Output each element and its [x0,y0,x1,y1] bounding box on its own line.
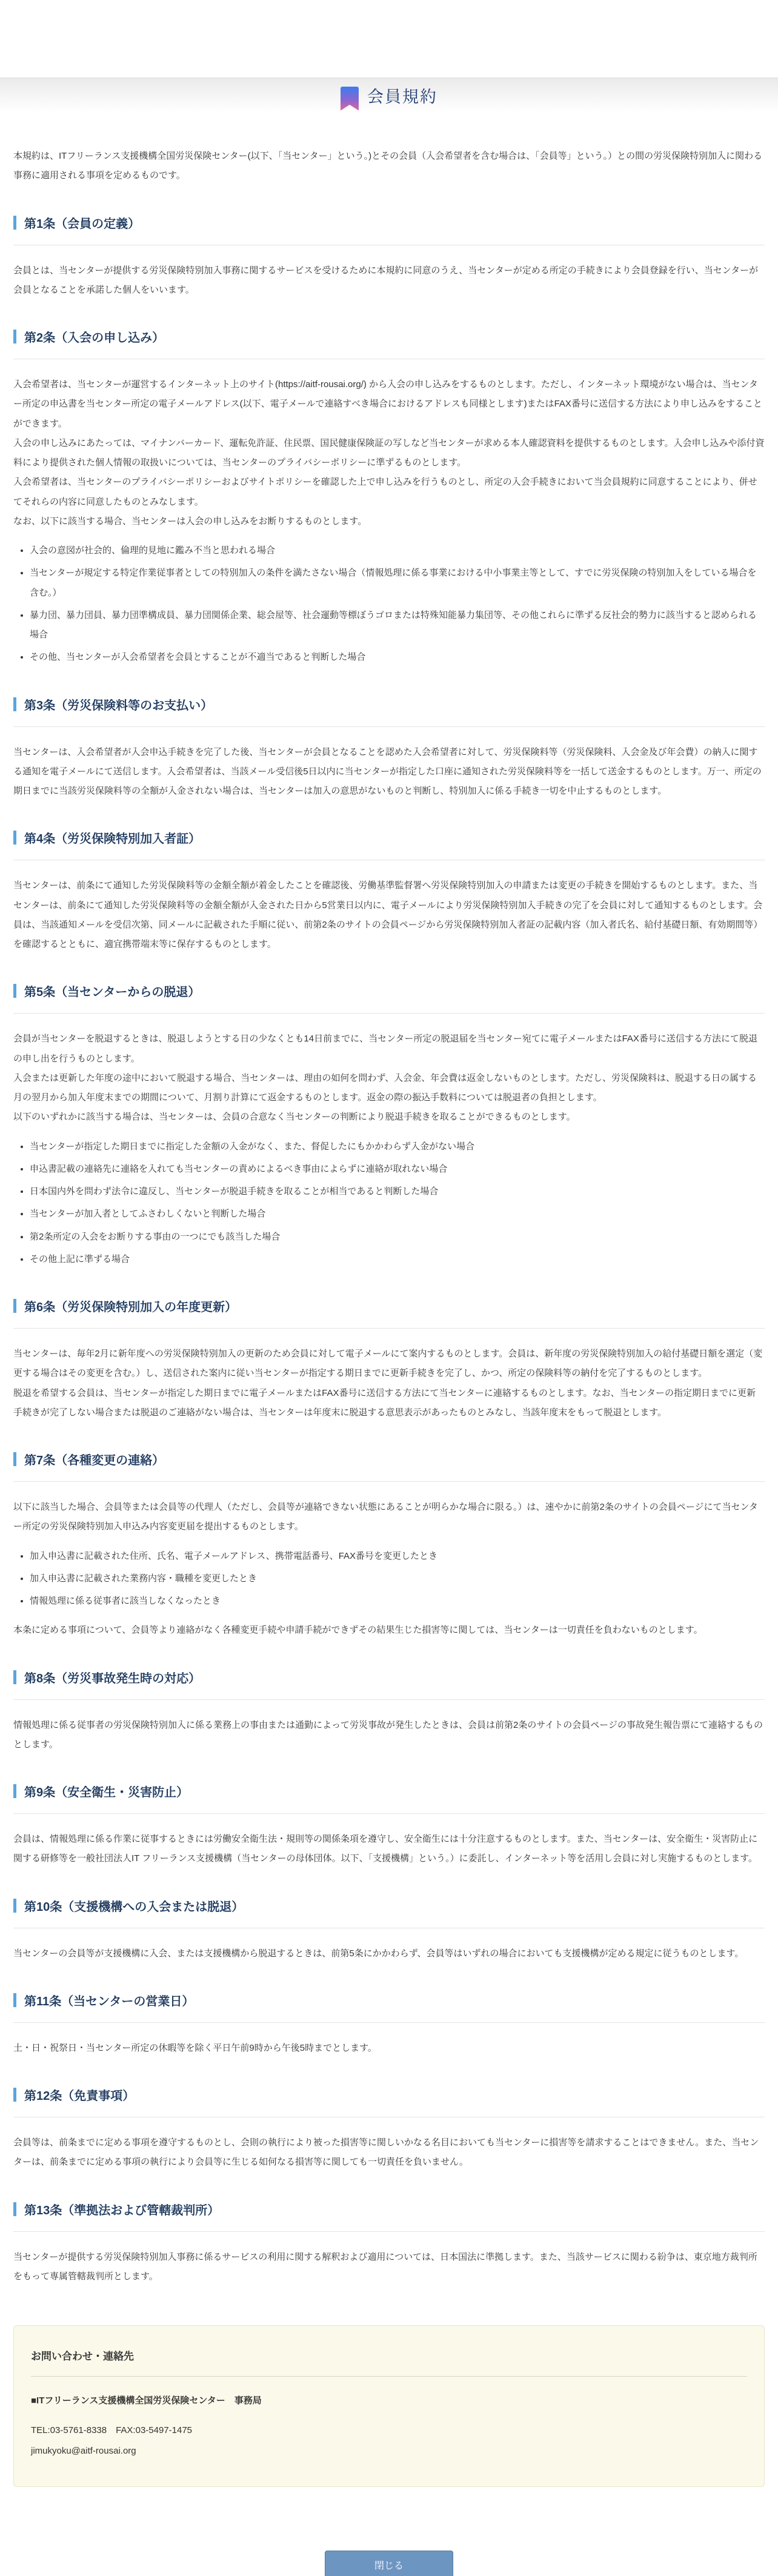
article-section: 第5条（当センターからの脱退）会員が当センターを脱退するときは、脱退しようとする… [13,982,765,1269]
contact-title: お問い合わせ・連絡先 [31,2348,747,2363]
article-paragraph: なお、以下に該当する場合、当センターは入会の申し込みをお断りするものとします。 [13,512,765,531]
article-section: 第12条（免責事項）会員等は、前条までに定める事項を遵守するものとし、会則の執行… [13,2086,765,2173]
heading-accent-bar [13,831,16,845]
articles-container: 第1条（会員の定義）会員とは、当センターが提供する労災保険特別加入事務に関するサ… [13,214,765,2287]
article-paragraph: 脱退を希望する会員は、当センターが指定した期日までに電子メールまたはFAX番号に… [13,1384,765,1423]
bullet-item: 加入申込書に記載された業務内容・職種を変更したとき [30,1569,765,1588]
article-heading-text: 第12条（免責事項） [24,2086,135,2103]
article-section: 第13条（準拠法および管轄裁判所）当センターが提供する労災保険特別加入事務に係る… [13,2200,765,2287]
heading-accent-bar [13,1784,16,1798]
article-heading-text: 第4条（労災保険特別加入者証） [24,829,201,846]
bullet-item: その他、当センターが入会希望者を会員とすることが不適当であると判断した場合 [30,648,765,667]
article-heading-text: 第10条（支援機構への入会または脱退） [24,1897,244,1914]
article-heading: 第7条（各種変更の連絡） [13,1450,765,1468]
close-button[interactable]: 閉じる [325,2551,453,2576]
article-section: 第8条（労災事故発生時の対応）情報処理に係る従事者の労災保険特別加入に係る業務上… [13,1668,765,1755]
content-column: 本規約は、ITフリーランス支援機構全国労災保険センター(以下、「当センター」とい… [13,147,765,2487]
article-heading: 第11条（当センターの営業日） [13,1991,765,2009]
article-heading: 第2条（入会の申し込み） [13,328,765,345]
heading-accent-bar [13,2088,16,2102]
article-paragraph: 入会の申し込みにあたっては、マイナンバーカード、運転免許証、住民票、国民健康保険… [13,434,765,473]
section-divider [13,1328,765,1329]
bullet-item: 当センターが加入者としてふさわしくないと判断した場合 [30,1204,765,1224]
article-heading-text: 第13条（準拠法および管轄裁判所） [24,2200,219,2218]
article-paragraph: 会員とは、当センターが提供する労災保険特別加入事務に関するサービスを受けるために… [13,261,765,300]
bullet-item: 情報処理に係る従事者に該当しなくなったとき [30,1592,765,1611]
article-paragraph: 会員が当センターを脱退するときは、脱退しようとする日の少なくとも14日前までに、… [13,1029,765,1069]
bullet-item: 当センターが規定する特定作業従事者としての特別加入の条件を満たさない場合（情報処… [30,563,765,603]
section-divider [13,1481,765,1482]
article-body: 会員とは、当センターが提供する労災保険特別加入事務に関するサービスを受けるために… [13,261,765,300]
heading-accent-bar [13,216,16,230]
article-body: 土・日・祝祭日・当センター所定の休暇等を除く平日午前9時から午後5時までとします… [13,2039,765,2058]
article-heading: 第10条（支援機構への入会または脱退） [13,1897,765,1914]
heading-accent-bar [13,1299,16,1313]
heading-accent-bar [13,984,16,998]
article-heading: 第8条（労災事故発生時の対応） [13,1668,765,1686]
intro-paragraph: 本規約は、ITフリーランス支援機構全国労災保険センター(以下、「当センター」とい… [13,147,765,186]
bullet-item: 第2条所定の入会をお断りする事由の一つにでも該当した場合 [30,1227,765,1247]
heading-accent-bar [13,2202,16,2216]
article-heading: 第6条（労災保険特別加入の年度更新） [13,1297,765,1315]
bullet-item: 日本国内外を問わず法令に違反し、当センターが脱退手続きを取ることが相当であると判… [30,1182,765,1201]
article-paragraph: 当センターは、前条にて通知した労災保険料等の金額全額が着金したことを確認後、労働… [13,876,765,954]
article-paragraph: 以下に該当した場合、会員等または会員等の代理人（ただし、会員等が連絡できない状態… [13,1498,765,1537]
article-heading: 第13条（準拠法および管轄裁判所） [13,2200,765,2218]
article-paragraph: 本条に定める事項について、会員等より連絡がなく各種変更手続や申請手続ができずその… [13,1621,765,1640]
section-divider [13,1013,765,1014]
article-body: 情報処理に係る従事者の労災保険特別加入に係る業務上の事由または通勤によって労災事… [13,1716,765,1755]
article-body: 当センターは、入会希望者が入会申込手続きを完了した後、当センターが会員となること… [13,743,765,802]
article-paragraph: 入会希望者は、当センターのプライバシーポリシーおよびサイトポリシーを確認した上で… [13,473,765,512]
article-section: 第1条（会員の定義）会員とは、当センターが提供する労災保険特別加入事務に関するサ… [13,214,765,300]
article-body: 会員が当センターを脱退するときは、脱退しようとする日の少なくとも14日前までに、… [13,1029,765,1269]
article-heading: 第9条（安全衛生・災害防止） [13,1782,765,1800]
section-divider [13,2117,765,2117]
page-header: 会員規約 [0,78,778,113]
heading-accent-bar [13,330,16,344]
section-divider [13,2022,765,2023]
article-body: 当センターが提供する労災保険特別加入事務に係るサービスの利用に関する解釈および適… [13,2248,765,2287]
bullet-item: 当センターが指定した期日までに指定した金額の入金がなく、また、督促したにもかかわ… [30,1137,765,1157]
article-paragraph: 当センターは、毎年2月に新年度への労災保険特別加入の更新のため会員に対して電子メ… [13,1344,765,1384]
article-heading-text: 第5条（当センターからの脱退） [24,982,200,1000]
article-section: 第2条（入会の申し込み）入会希望者は、当センターが運営するインターネット上のサイ… [13,328,765,668]
article-section: 第3条（労災保険料等のお支払い）当センターは、入会希望者が入会申込手続きを完了し… [13,695,765,802]
article-paragraph: 情報処理に係る従事者の労災保険特別加入に係る業務上の事由または通勤によって労災事… [13,1716,765,1755]
article-section: 第9条（安全衛生・災害防止）会員は、情報処理に係る作業に従事するときには労働安全… [13,1782,765,1869]
heading-accent-bar [13,1670,16,1684]
bullet-item: 暴力団、暴力団員、暴力団準構成員、暴力団関係企業、総会屋等、社会運動等標ぼうゴロ… [30,606,765,645]
section-divider [13,245,765,245]
article-paragraph: 入会希望者は、当センターが運営するインターネット上のサイト(https://ai… [13,375,765,434]
article-body: 当センターは、毎年2月に新年度への労災保険特別加入の更新のため会員に対して電子メ… [13,1344,765,1422]
section-divider [13,2231,765,2232]
article-heading-text: 第8条（労災事故発生時の対応） [24,1668,201,1686]
article-section: 第7条（各種変更の連絡）以下に該当した場合、会員等または会員等の代理人（ただし、… [13,1450,765,1641]
article-body: 会員等は、前条までに定める事項を遵守するものとし、会則の執行により被った損害等に… [13,2133,765,2173]
heading-accent-bar [13,1899,16,1913]
article-paragraph: 当センターは、入会希望者が入会申込手続きを完了した後、当センターが会員となること… [13,743,765,802]
article-heading: 第1条（会員の定義） [13,214,765,231]
article-paragraph: 当センターの会員等が支援機構に入会、または支援機構から脱退するときは、前第5条に… [13,1944,765,1964]
article-body: 入会希望者は、当センターが運営するインターネット上のサイト(https://ai… [13,375,765,668]
article-bullet-list: 入会の意図が社会的、倫理的見地に鑑み不当と思われる場合当センターが規定する特定作… [13,541,765,668]
article-heading: 第4条（労災保険特別加入者証） [13,829,765,846]
article-paragraph: 当センターが提供する労災保険特別加入事務に係るサービスの利用に関する解釈および適… [13,2248,765,2287]
article-heading-text: 第9条（安全衛生・災害防止） [24,1782,188,1800]
article-heading-text: 第2条（入会の申し込み） [24,328,164,345]
article-body: 当センターの会員等が支援機構に入会、または支援機構から脱退するときは、前第5条に… [13,1944,765,1964]
article-paragraph: 以下のいずれかに該当する場合は、当センターは、会員の合意なく当センターの判断によ… [13,1107,765,1127]
section-divider [13,359,765,359]
article-heading-text: 第7条（各種変更の連絡） [24,1450,164,1468]
article-heading-text: 第1条（会員の定義） [24,214,140,231]
article-heading-text: 第6条（労災保険特別加入の年度更新） [24,1297,237,1315]
section-divider [13,1813,765,1814]
article-heading: 第5条（当センターからの脱退） [13,982,765,1000]
section-divider [13,1928,765,1928]
article-heading: 第3条（労災保険料等のお支払い） [13,695,765,713]
contact-tel-fax: TEL:03-5761-8338 FAX:03-5497-1475 [31,2423,747,2436]
article-paragraph: 入会または更新した年度の途中において脱退する場合、当センターは、理由の如何を問わ… [13,1069,765,1108]
section-divider [13,1699,765,1700]
article-bullet-list: 当センターが指定した期日までに指定した金額の入金がなく、また、督促したにもかかわ… [13,1137,765,1270]
bullet-item: 入会の意図が社会的、倫理的見地に鑑み不当と思われる場合 [30,541,765,560]
bullet-item: 加入申込書に記載された住所、氏名、電子メールアドレス、携帯電話番号、FAX番号を… [30,1547,765,1566]
article-body: 当センターは、前条にて通知した労災保険料等の金額全額が着金したことを確認後、労働… [13,876,765,954]
bookmark-icon [341,87,359,111]
article-heading-text: 第3条（労災保険料等のお支払い） [24,695,213,713]
bullet-item: その他上記に準ずる場合 [30,1250,765,1269]
contact-divider [31,2376,747,2377]
article-paragraph: 会員等は、前条までに定める事項を遵守するものとし、会則の執行により被った損害等に… [13,2133,765,2173]
article-paragraph: 土・日・祝祭日・当センター所定の休暇等を除く平日午前9時から午後5時までとします… [13,2039,765,2058]
heading-accent-bar [13,697,16,711]
article-section: 第6条（労災保険特別加入の年度更新）当センターは、毎年2月に新年度への労災保険特… [13,1297,765,1422]
section-divider [13,726,765,727]
section-divider [13,860,765,860]
article-section: 第11条（当センターの営業日）土・日・祝祭日・当センター所定の休暇等を除く平日午… [13,1991,765,2058]
article-body: 会員は、情報処理に係る作業に従事するときには労働安全衛生法・規則等の関係条項を遵… [13,1830,765,1869]
page-title: 会員規約 [367,84,437,107]
article-section: 第4条（労災保険特別加入者証）当センターは、前条にて通知した労災保険料等の金額全… [13,829,765,954]
contact-box: お問い合わせ・連絡先 ■ITフリーランス支援機構全国労災保険センター 事務局 T… [13,2325,765,2487]
heading-accent-bar [13,1993,16,2007]
heading-accent-bar [13,1452,16,1466]
article-body: 以下に該当した場合、会員等または会員等の代理人（ただし、会員等が連絡できない状態… [13,1498,765,1641]
footer: 閉じる [0,2551,778,2576]
article-heading: 第12条（免責事項） [13,2086,765,2103]
article-paragraph: 会員は、情報処理に係る作業に従事するときには労働安全衛生法・規則等の関係条項を遵… [13,1830,765,1869]
contact-organization: ■ITフリーランス支援機構全国労災保険センター 事務局 [31,2394,747,2406]
article-section: 第10条（支援機構への入会または脱退）当センターの会員等が支援機構に入会、または… [13,1897,765,1964]
contact-email: jimukyoku@aitf-rousai.org [31,2446,747,2456]
bullet-item: 申込書記載の連絡先に連絡を入れても当センターの責めによるべき事由によらずに連絡が… [30,1160,765,1179]
article-bullet-list: 加入申込書に記載された住所、氏名、電子メールアドレス、携帯電話番号、FAX番号を… [13,1547,765,1612]
article-heading-text: 第11条（当センターの営業日） [24,1991,194,2009]
